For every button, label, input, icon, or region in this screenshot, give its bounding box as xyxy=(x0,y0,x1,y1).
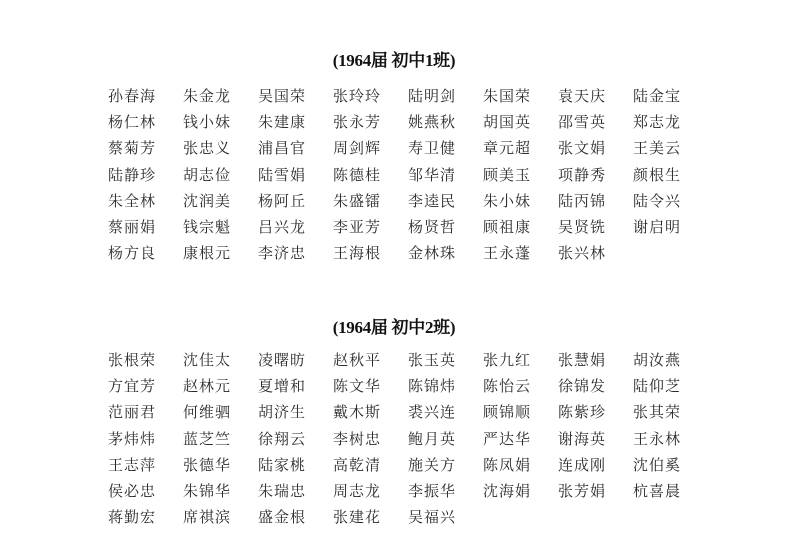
student-name: 范丽君 xyxy=(108,399,183,425)
student-name: 张九红 xyxy=(483,347,558,373)
student-name: 沈佳太 xyxy=(183,347,258,373)
student-name: 盛金根 xyxy=(258,504,333,530)
student-name: 朱瑞忠 xyxy=(258,478,333,504)
student-name: 周剑辉 xyxy=(333,135,408,161)
student-name: 茅炜炜 xyxy=(108,426,183,452)
student-name: 陆明剑 xyxy=(408,83,483,109)
student-name: 凌曙昉 xyxy=(258,347,333,373)
student-name: 陆家桃 xyxy=(258,452,333,478)
student-name: 顾祖康 xyxy=(483,214,558,240)
student-name: 李逵民 xyxy=(408,188,483,214)
class-2-title: (1964届 初中2班) xyxy=(0,313,788,338)
student-name: 徐锦发 xyxy=(558,373,633,399)
name-row: 茅炜炜蓝芝竺徐翔云李树忠鲍月英严达华谢海英王永林 xyxy=(108,426,708,452)
student-name: 顾美玉 xyxy=(483,162,558,188)
student-name: 陈文华 xyxy=(333,373,408,399)
student-name: 张建花 xyxy=(333,504,408,530)
student-name: 蒋勤宏 xyxy=(108,504,183,530)
student-name: 邵雪英 xyxy=(558,109,633,135)
name-row: 范丽君何维驷胡济生戴木斯裘兴连顾锦顺陈紫珍张其荣 xyxy=(108,399,708,425)
name-row: 朱全林沈润美杨阿丘朱盛镭李逵民朱小妹陆丙锦陆令兴 xyxy=(108,188,708,214)
student-name: 张玲玲 xyxy=(333,83,408,109)
student-name: 蔡丽娟 xyxy=(108,214,183,240)
name-row: 孙春海朱金龙吴国荣张玲玲陆明剑朱国荣袁天庆陆金宝 xyxy=(108,83,708,109)
student-name: 陆静珍 xyxy=(108,162,183,188)
student-name: 裘兴连 xyxy=(408,399,483,425)
student-name: 张德华 xyxy=(183,452,258,478)
student-name: 郑志龙 xyxy=(633,109,708,135)
student-name: 王永林 xyxy=(633,426,708,452)
student-name: 朱国荣 xyxy=(483,83,558,109)
student-name: 陆雪娟 xyxy=(258,162,333,188)
student-name: 方宜芳 xyxy=(108,373,183,399)
student-name: 康根元 xyxy=(183,240,258,266)
student-name: 张芳娟 xyxy=(558,478,633,504)
name-row: 蒋勤宏席祺滨盛金根张建花吴福兴 xyxy=(108,504,708,530)
student-name: 张文娟 xyxy=(558,135,633,161)
student-name xyxy=(633,240,708,266)
student-name: 徐翔云 xyxy=(258,426,333,452)
student-name: 吴贤铣 xyxy=(558,214,633,240)
student-name: 张慧娟 xyxy=(558,347,633,373)
student-name: 张忠义 xyxy=(183,135,258,161)
student-name: 谢启明 xyxy=(633,214,708,240)
student-name: 胡汝燕 xyxy=(633,347,708,373)
student-name: 李振华 xyxy=(408,478,483,504)
student-name: 赵秋平 xyxy=(333,347,408,373)
student-name: 陈怡云 xyxy=(483,373,558,399)
student-name: 寿卫健 xyxy=(408,135,483,161)
student-name: 王志萍 xyxy=(108,452,183,478)
student-name: 施关方 xyxy=(408,452,483,478)
student-name: 夏增和 xyxy=(258,373,333,399)
student-name: 赵林元 xyxy=(183,373,258,399)
student-name: 王永蓬 xyxy=(483,240,558,266)
student-name: 沈润美 xyxy=(183,188,258,214)
student-name: 陆金宝 xyxy=(633,83,708,109)
student-name: 胡国英 xyxy=(483,109,558,135)
student-name: 鲍月英 xyxy=(408,426,483,452)
student-name: 连成刚 xyxy=(558,452,633,478)
student-name: 项静秀 xyxy=(558,162,633,188)
student-name xyxy=(483,504,558,530)
class-2-name-grid: 张根荣沈佳太凌曙昉赵秋平张玉英张九红张慧娟胡汝燕方宜芳赵林元夏增和陈文华陈锦炜陈… xyxy=(108,347,708,530)
name-row: 侯必忠朱锦华朱瑞忠周志龙李振华沈海娟张芳娟杭喜晨 xyxy=(108,478,708,504)
student-name: 蔡菊芳 xyxy=(108,135,183,161)
student-name: 陆仰芝 xyxy=(633,373,708,399)
student-name: 金林珠 xyxy=(408,240,483,266)
student-name: 吴福兴 xyxy=(408,504,483,530)
class-1-title: (1964届 初中1班) xyxy=(0,46,788,71)
name-row: 蔡菊芳张忠义浦昌官周剑辉寿卫健章元超张文娟王美云 xyxy=(108,135,708,161)
student-name: 颜根生 xyxy=(633,162,708,188)
name-row: 杨方良康根元李济忠王海根金林珠王永蓬张兴林 xyxy=(108,240,708,266)
student-name: 杨阿丘 xyxy=(258,188,333,214)
name-row: 张根荣沈佳太凌曙昉赵秋平张玉英张九红张慧娟胡汝燕 xyxy=(108,347,708,373)
student-name: 席祺滨 xyxy=(183,504,258,530)
student-name: 陈锦炜 xyxy=(408,373,483,399)
student-name: 陈紫珍 xyxy=(558,399,633,425)
name-row: 杨仁林钱小妹朱建康张永芳姚燕秋胡国英邵雪英郑志龙 xyxy=(108,109,708,135)
student-name: 杭喜晨 xyxy=(633,478,708,504)
name-row: 方宜芳赵林元夏增和陈文华陈锦炜陈怡云徐锦发陆仰芝 xyxy=(108,373,708,399)
student-name: 浦昌官 xyxy=(258,135,333,161)
student-name: 钱宗魁 xyxy=(183,214,258,240)
student-name: 王海根 xyxy=(333,240,408,266)
student-name: 陆丙锦 xyxy=(558,188,633,214)
student-name: 沈海娟 xyxy=(483,478,558,504)
student-name: 李亚芳 xyxy=(333,214,408,240)
name-row: 蔡丽娟钱宗魁吕兴龙李亚芳杨贤哲顾祖康吴贤铣谢启明 xyxy=(108,214,708,240)
name-row: 陆静珍胡志俭陆雪娟陈德桂邹华清顾美玉项静秀颜根生 xyxy=(108,162,708,188)
student-name: 朱锦华 xyxy=(183,478,258,504)
student-name: 杨仁林 xyxy=(108,109,183,135)
student-name: 王美云 xyxy=(633,135,708,161)
student-name: 顾锦顺 xyxy=(483,399,558,425)
student-name: 张永芳 xyxy=(333,109,408,135)
student-name: 吕兴龙 xyxy=(258,214,333,240)
student-name: 杨方良 xyxy=(108,240,183,266)
student-name: 胡济生 xyxy=(258,399,333,425)
student-name: 姚燕秋 xyxy=(408,109,483,135)
class-1-name-grid: 孙春海朱金龙吴国荣张玲玲陆明剑朱国荣袁天庆陆金宝杨仁林钱小妹朱建康张永芳姚燕秋胡… xyxy=(108,83,708,266)
student-name: 朱建康 xyxy=(258,109,333,135)
student-name: 吴国荣 xyxy=(258,83,333,109)
student-name: 蓝芝竺 xyxy=(183,426,258,452)
student-name: 张兴林 xyxy=(558,240,633,266)
student-name: 张其荣 xyxy=(633,399,708,425)
student-name: 钱小妹 xyxy=(183,109,258,135)
student-name: 邹华清 xyxy=(408,162,483,188)
student-name: 章元超 xyxy=(483,135,558,161)
student-name: 周志龙 xyxy=(333,478,408,504)
student-name: 陈凤娟 xyxy=(483,452,558,478)
student-name: 沈伯奚 xyxy=(633,452,708,478)
student-name: 袁天庆 xyxy=(558,83,633,109)
student-name xyxy=(633,504,708,530)
student-name: 张玉英 xyxy=(408,347,483,373)
student-name: 陆令兴 xyxy=(633,188,708,214)
student-name: 戴木斯 xyxy=(333,399,408,425)
name-row: 王志萍张德华陆家桃高乾清施关方陈凤娟连成刚沈伯奚 xyxy=(108,452,708,478)
student-name: 何维驷 xyxy=(183,399,258,425)
student-name: 侯必忠 xyxy=(108,478,183,504)
student-name: 严达华 xyxy=(483,426,558,452)
student-name: 朱小妹 xyxy=(483,188,558,214)
student-name: 朱金龙 xyxy=(183,83,258,109)
student-name: 胡志俭 xyxy=(183,162,258,188)
student-name: 朱盛镭 xyxy=(333,188,408,214)
student-name: 李济忠 xyxy=(258,240,333,266)
student-name xyxy=(558,504,633,530)
student-name: 高乾清 xyxy=(333,452,408,478)
student-name: 谢海英 xyxy=(558,426,633,452)
student-name: 孙春海 xyxy=(108,83,183,109)
student-name: 杨贤哲 xyxy=(408,214,483,240)
student-name: 李树忠 xyxy=(333,426,408,452)
student-name: 张根荣 xyxy=(108,347,183,373)
student-name: 朱全林 xyxy=(108,188,183,214)
student-name: 陈德桂 xyxy=(333,162,408,188)
